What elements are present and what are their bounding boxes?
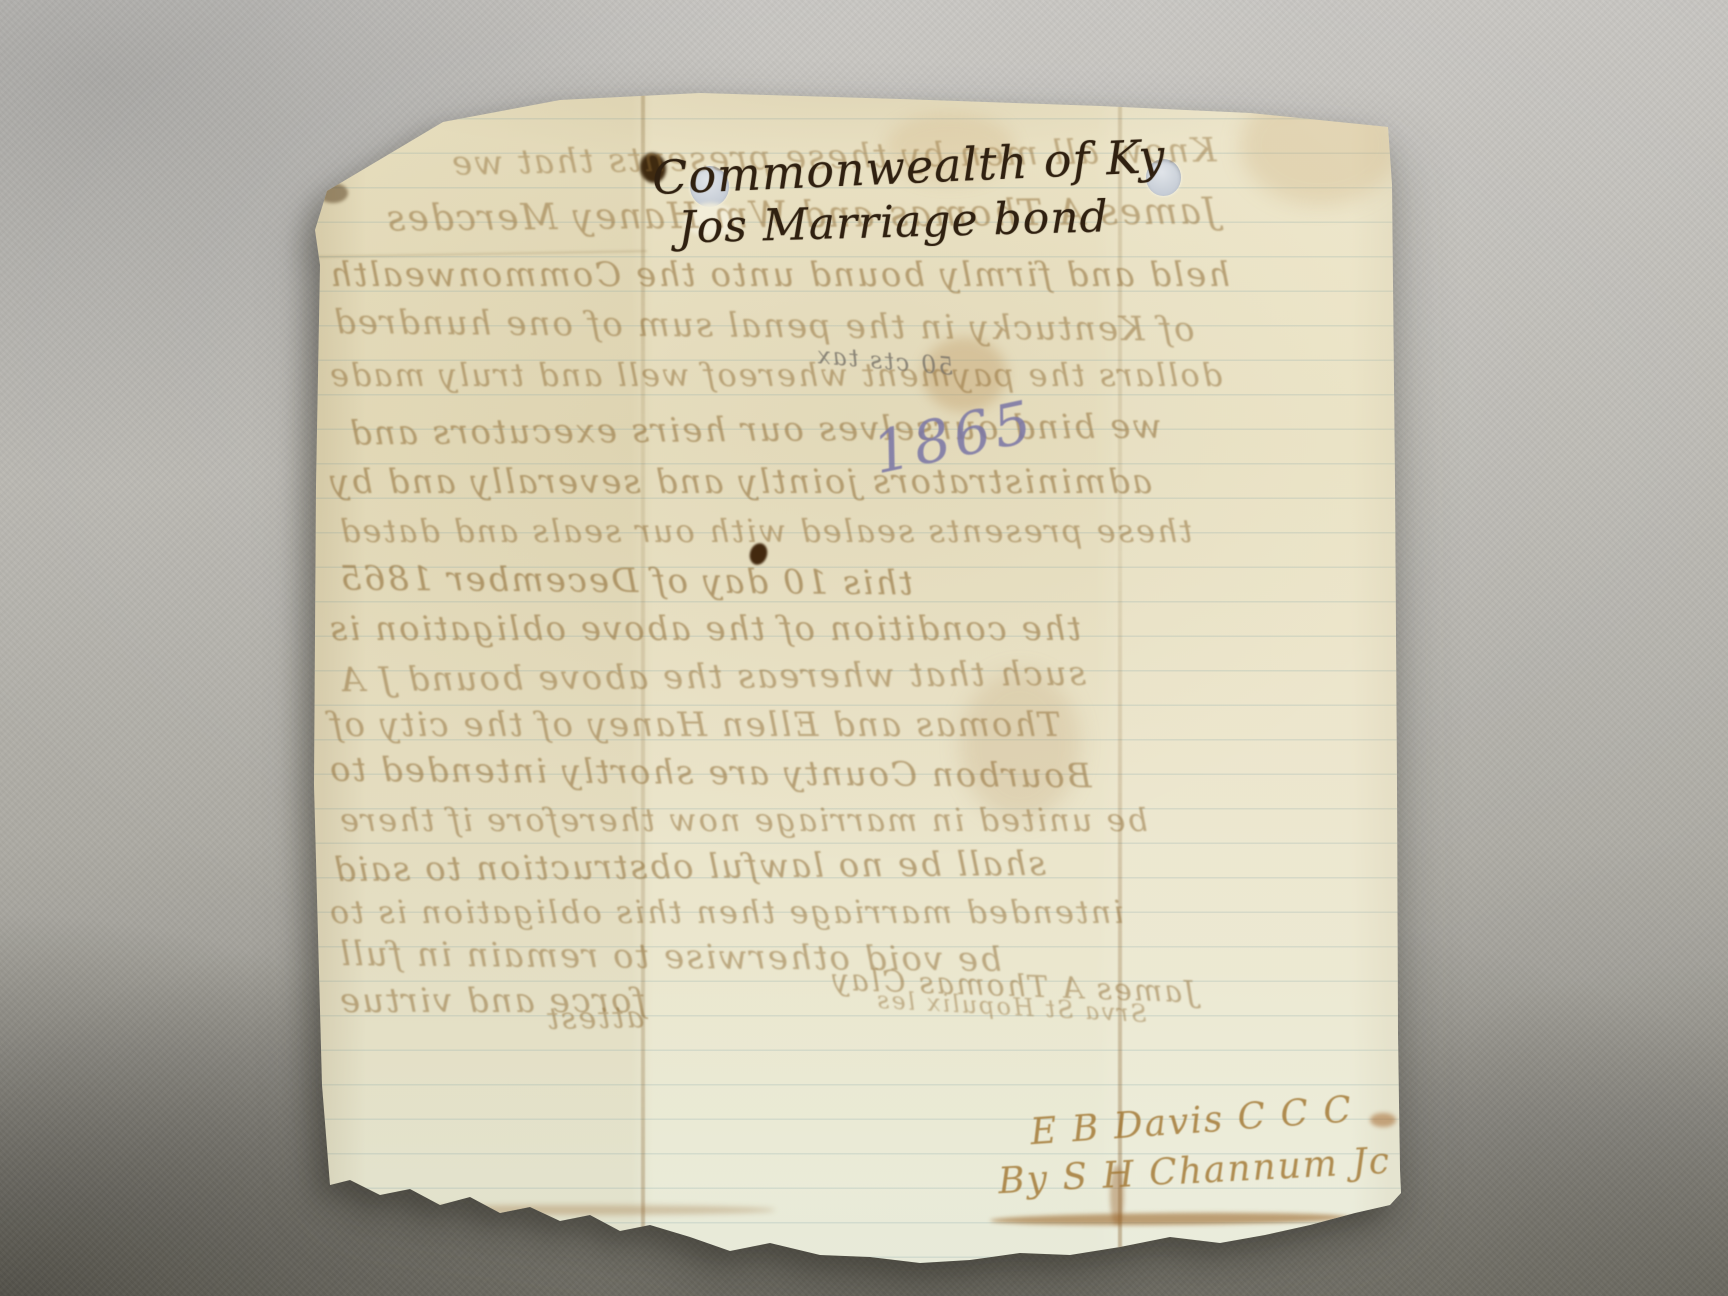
photograph: Know all men by these presents that we J… <box>0 0 1728 1296</box>
bleed-through-line: Bourbon County are shortly intended to <box>328 750 1092 797</box>
fold-crease-left <box>641 85 645 1270</box>
heading-marriage-bond: Jos Marriage bond <box>677 191 1109 253</box>
deputy-signature: By S H Channum Jc <box>997 1141 1392 1203</box>
burn-mark-bottom-right <box>990 1211 1350 1226</box>
bleed-through-line: Thomas and Ellen Haney of the city of <box>328 705 1061 745</box>
bleed-through-line: of Kentucky in the penal sum of one hund… <box>332 302 1195 350</box>
bleed-through-line: intended marriage then this obligation i… <box>328 893 1124 931</box>
stain-left-edge <box>318 183 348 203</box>
bleed-through-line: be united in marriage now therefore if t… <box>338 801 1148 839</box>
bleed-through-line: these presents sealed with our seals and… <box>338 512 1192 550</box>
bleed-through-line: Srva St Hopulix les <box>874 986 1147 1028</box>
ink-blot-center <box>747 541 770 567</box>
document-paper: Know all men by these presents that we J… <box>300 85 1405 1270</box>
bleed-through-line: dollars the payment whereof well and tru… <box>328 356 1222 394</box>
clerk-signature: E B Davis C C C <box>1029 1090 1354 1153</box>
year-notation: 1865 <box>867 387 1041 488</box>
bleed-through-line: shall be no lawful obstruction to said <box>332 844 1046 890</box>
bleed-through-line: the condition of the above obligation is <box>328 609 1081 649</box>
bleed-through-line: be void otherwise to remain in full <box>338 934 1002 980</box>
bleed-through-line: such that whereas the above bound J A <box>338 654 1086 701</box>
pencil-tax-note: 50 cts tax <box>814 341 955 381</box>
bleed-through-line: held and firmly bound unto the Commonwea… <box>328 255 1230 295</box>
paper-edge-shading <box>300 85 1405 1270</box>
burn-mark-bottom-left <box>355 1205 775 1215</box>
paper-shadow-wrapper: Know all men by these presents that we J… <box>300 85 1405 1270</box>
rust-spot-right-edge <box>1370 1113 1396 1127</box>
bleed-through-line: James A Thomas Clay <box>830 963 1197 1011</box>
bleed-through-line: this 10 day of December 1865 <box>338 558 913 603</box>
stain-top-right <box>1240 85 1400 205</box>
fold-crease-right <box>1118 85 1122 1270</box>
bleed-through-line: administrators jointly and severally and… <box>328 462 1152 502</box>
bleed-through-line: attest <box>545 1000 645 1037</box>
bleed-through-line: force and virtue <box>338 981 646 1021</box>
stain-lower-middle <box>960 670 1080 820</box>
fold-crease-horizontal <box>315 250 647 258</box>
